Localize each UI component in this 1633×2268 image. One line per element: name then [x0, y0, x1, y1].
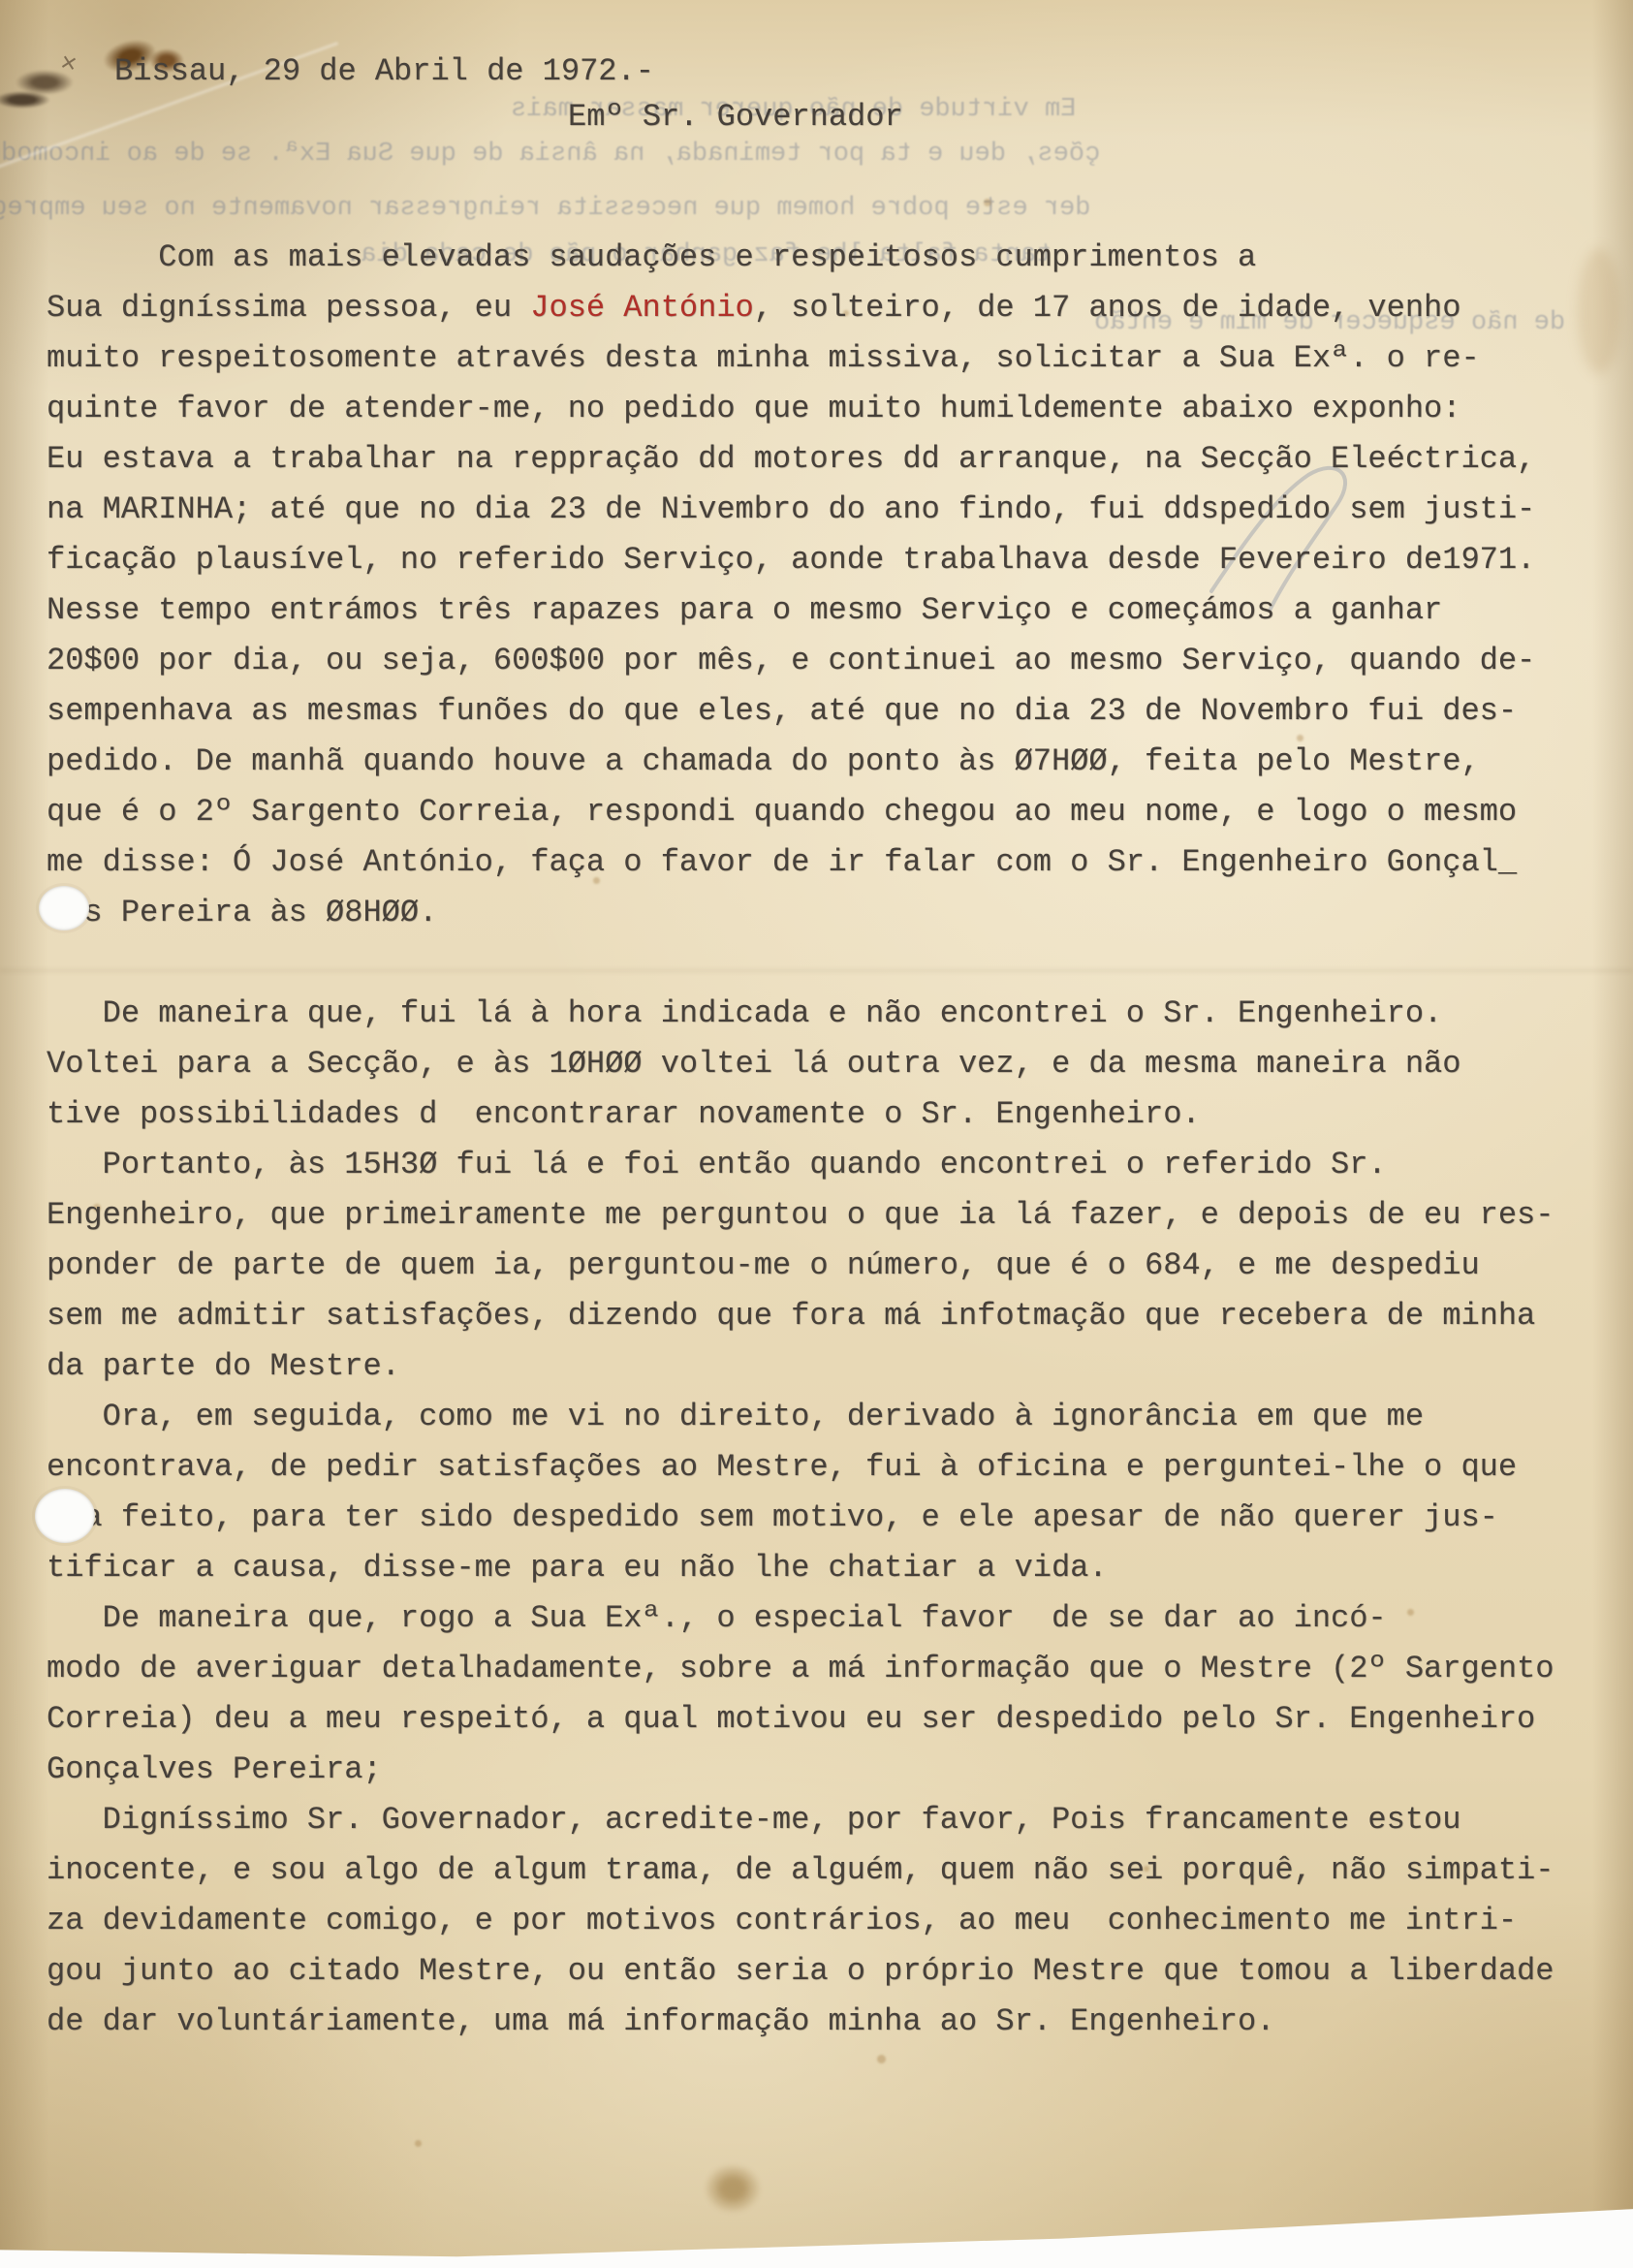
foxing-spot: [984, 199, 991, 206]
letter-line: Nesse tempo entrámos três rapazes para o…: [47, 585, 1614, 636]
letter-line: [47, 938, 1614, 989]
letter-line: nha feito, para ter sido despedido sem m…: [47, 1493, 1614, 1543]
edge-smudge: [0, 91, 50, 109]
letter-scan: Em virtude de não querer massar maisções…: [0, 0, 1633, 2268]
pencil-x-mark: ×: [57, 49, 79, 82]
bleed-through-line: der este pobre homem que necessita reing…: [0, 194, 1090, 223]
letter-line: modo de averiguar detalhadamente, sobre …: [47, 1644, 1614, 1694]
letter-line: De maneira que, rogo a Sua Exª., o espec…: [47, 1593, 1614, 1644]
letter-line: sempenhava as mesmas funões do que eles,…: [47, 686, 1614, 737]
letter-line: Engenheiro, que primeiramente me pergunt…: [47, 1190, 1614, 1241]
foxing-spot: [877, 2055, 886, 2063]
punch-hole: [35, 1489, 95, 1543]
bleed-through-line: ções, deu e ta por teminada, na ânsia de…: [0, 140, 1100, 169]
letter-line: muito respeitosomente através desta minh…: [47, 333, 1614, 384]
letter-line: sem me admitir satisfações, dizendo que …: [47, 1291, 1614, 1341]
letter-line: pedido. De manhã quando houve a chamada …: [47, 737, 1614, 787]
paper-sheet: Em virtude de não querer massar maisções…: [0, 0, 1633, 2268]
date-line: Bissau, 29 de Abril de 1972.-: [114, 53, 654, 89]
letter-body: Com as mais elevadas saudações e respeit…: [47, 233, 1614, 2047]
letter-line: na MARINHA; até que no dia 23 de Nivembr…: [47, 485, 1614, 535]
letter-line: Ora, em seguida, como me vi no direito, …: [47, 1392, 1614, 1442]
letter-line: me disse: Ó José António, faça o favor d…: [47, 837, 1614, 888]
letter-line: ponder de parte de quem ia, perguntou-me…: [47, 1241, 1614, 1291]
letter-line: Com as mais elevadas saudações e respeit…: [47, 233, 1614, 283]
letter-line: da parte do Mestre.: [47, 1341, 1614, 1392]
letter-line: Voltei para a Secção, e às 1ØHØØ voltei …: [47, 1039, 1614, 1089]
letter-line: que é o 2º Sargento Correia, respondi qu…: [47, 787, 1614, 837]
letter-line: ves Pereira às Ø8HØØ.: [47, 888, 1614, 938]
letter-line: 20$00 por dia, ou seja, 600$00 por mês, …: [47, 636, 1614, 686]
letter-line: inocente, e sou algo de algum trama, de …: [47, 1845, 1614, 1896]
letter-line: Sua digníssima pessoa, eu José António, …: [47, 283, 1614, 333]
letter-line: gou junto ao citado Mestre, ou então ser…: [47, 1946, 1614, 1997]
letter-line: Portanto, às 15H3Ø fui lá e foi então qu…: [47, 1140, 1614, 1190]
letter-line: za devidamente comigo, e por motivos con…: [47, 1896, 1614, 1946]
letter-line: encontrava, de pedir satisfações ao Mest…: [47, 1442, 1614, 1493]
letter-line: Eu estava a trabalhar na reppração dd mo…: [47, 434, 1614, 485]
letter-line: tificar a causa, disse-me para eu não lh…: [47, 1543, 1614, 1593]
salutation: Emº Sr. Governador: [568, 99, 903, 135]
letter-line: quinte favor de atender-me, no pedido qu…: [47, 384, 1614, 434]
letter-line: de dar voluntáriamente, uma má informaçã…: [47, 1997, 1614, 2047]
letter-line: Digníssimo Sr. Governador, acredite-me, …: [47, 1795, 1614, 1845]
rust-stain: [16, 70, 74, 95]
punch-hole: [39, 886, 89, 930]
letter-line: tive possibilidades d encontrarar novame…: [47, 1089, 1614, 1140]
letter-line: Correia) deu a meu respeitó, a qual moti…: [47, 1694, 1614, 1745]
letter-line: ficação plausível, no referido Serviço, …: [47, 535, 1614, 585]
foxing-spot: [415, 2140, 422, 2147]
bottom-stain: [704, 2163, 762, 2214]
letter-line: Gonçalves Pereira;: [47, 1745, 1614, 1795]
letter-line: De maneira que, fui lá à hora indicada e…: [47, 989, 1614, 1039]
